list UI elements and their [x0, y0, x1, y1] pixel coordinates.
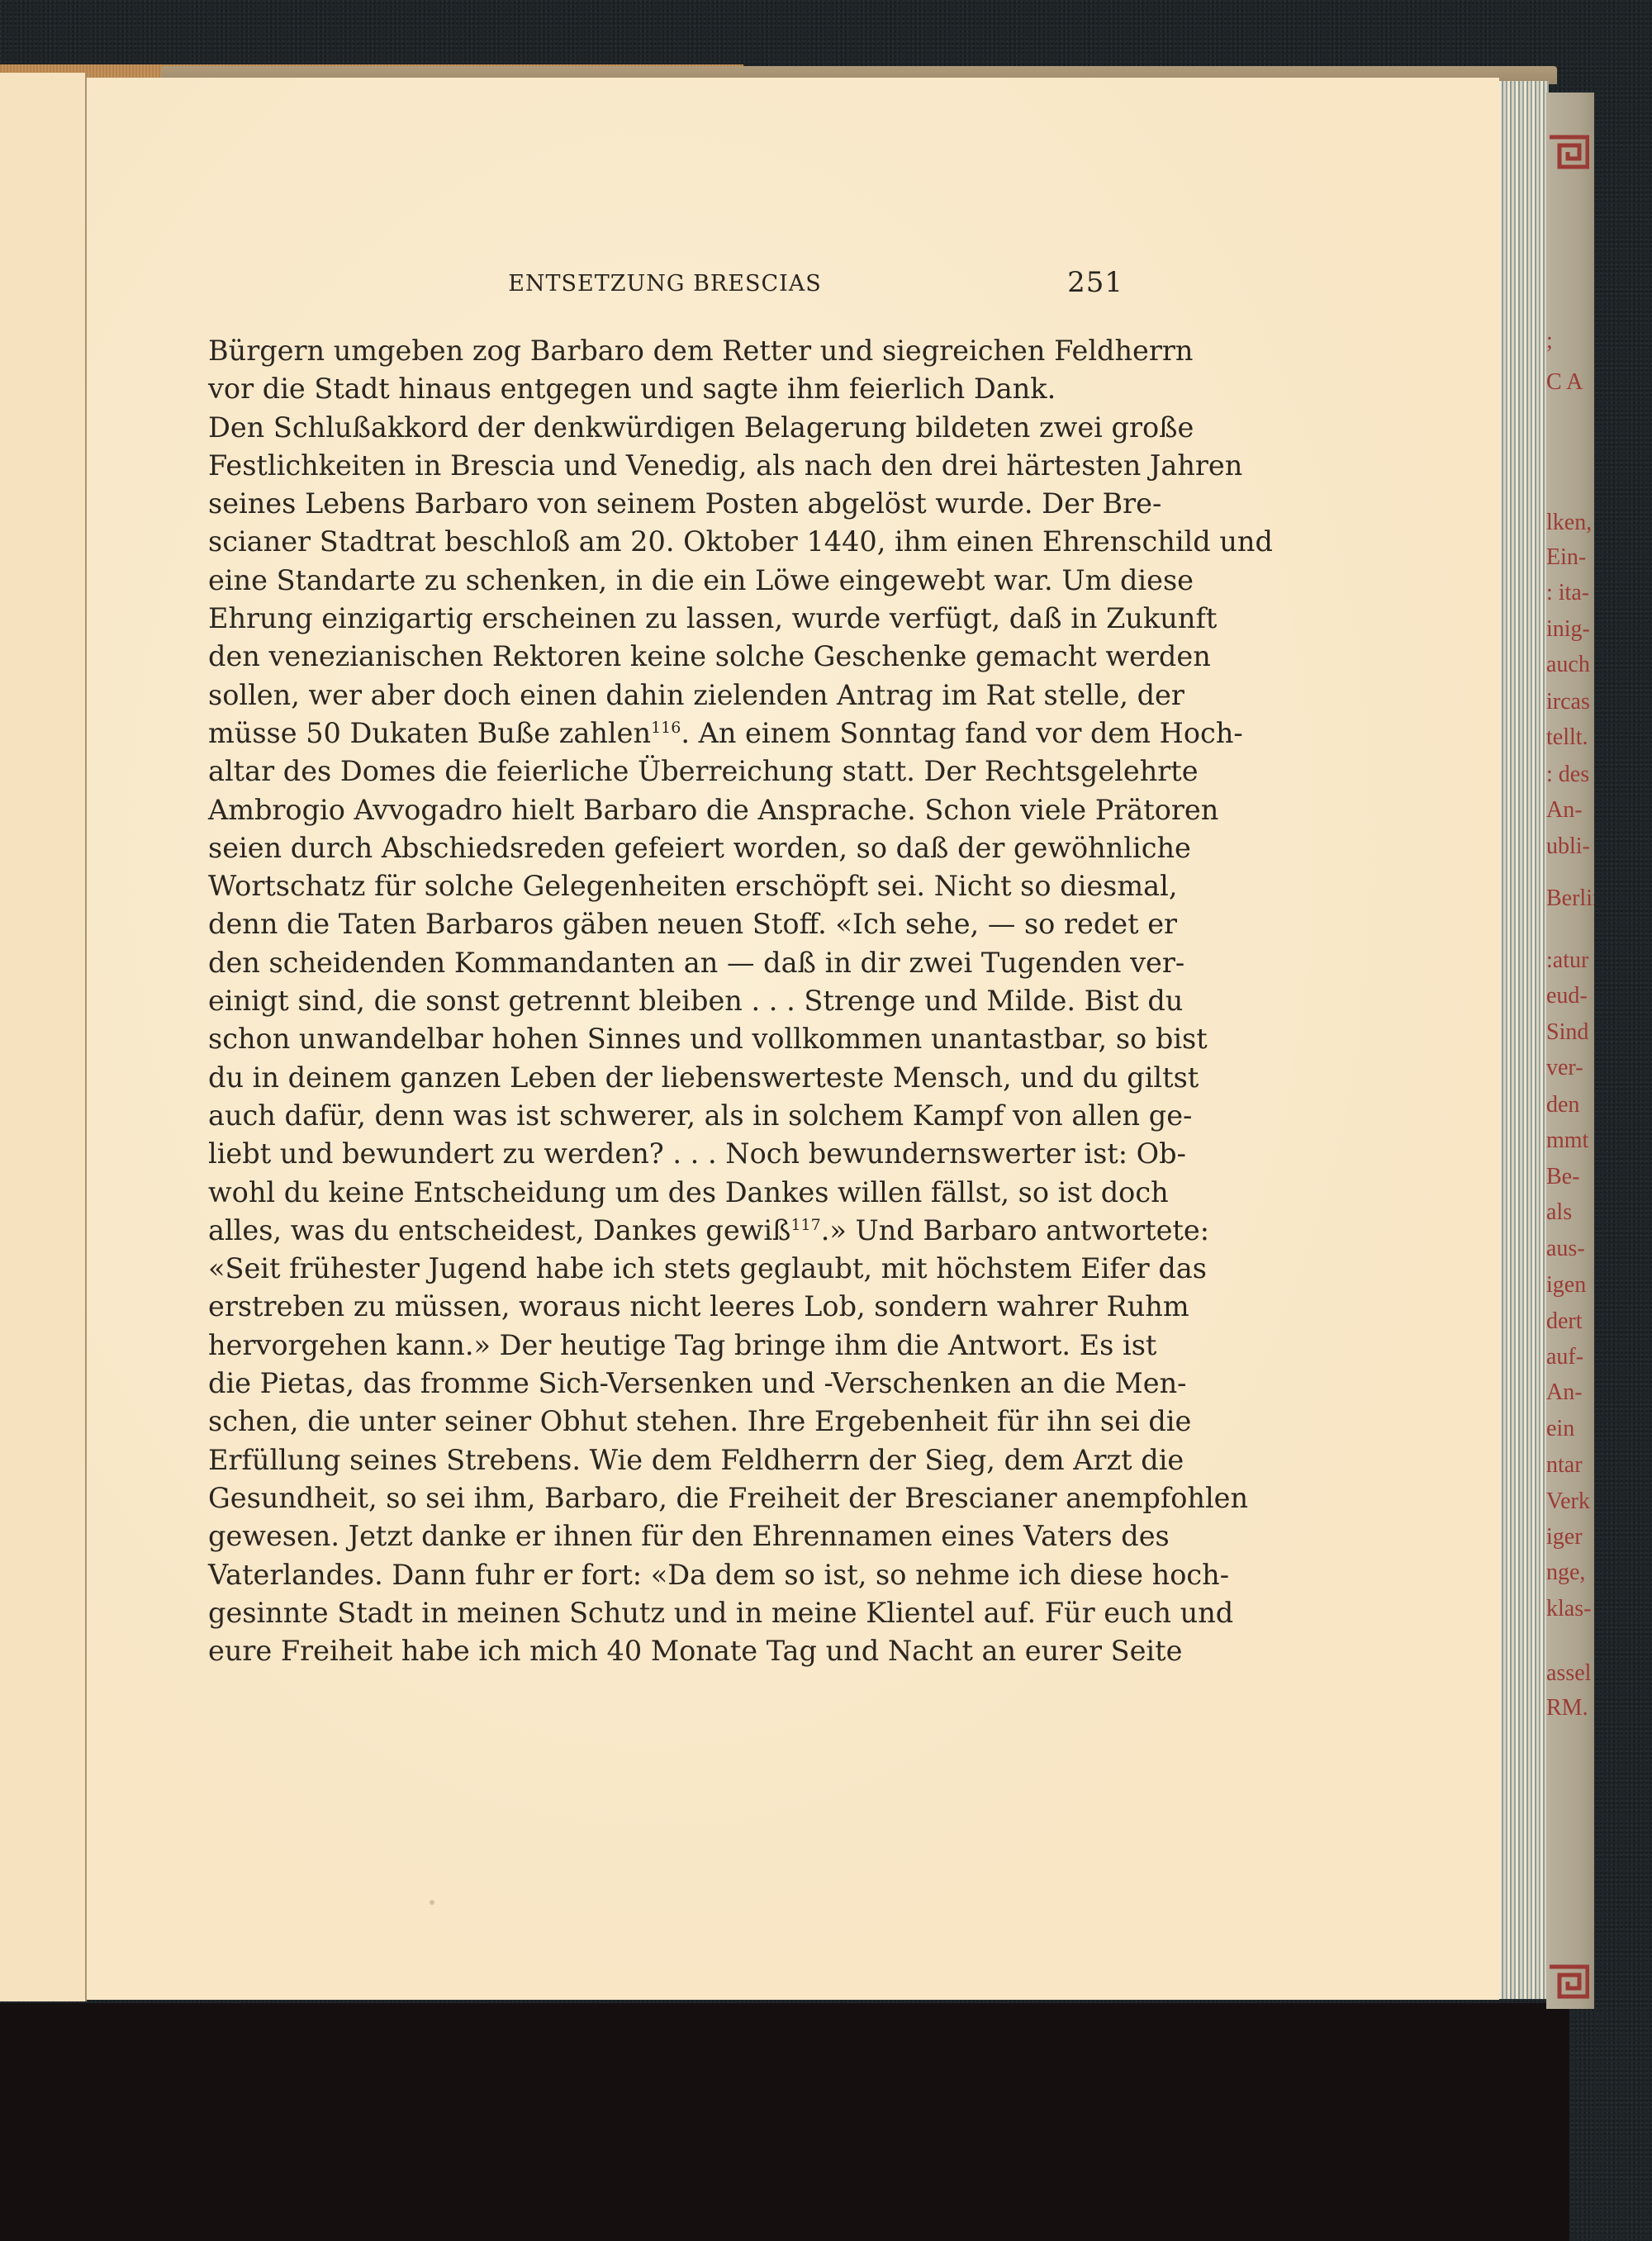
text-line: gesinnte Stadt in meinen Schutz und in m… [208, 1594, 1121, 1632]
jacket-text-fragment: iger [1546, 1524, 1583, 1550]
jacket-text-fragment: : des [1546, 762, 1589, 788]
text-line: liebt und bewundert zu werden? . . . Noc… [208, 1135, 1121, 1173]
text-line: du in deinem ganzen Leben der liebenswer… [208, 1059, 1121, 1097]
jacket-text-fragment: nge, [1546, 1560, 1585, 1586]
jacket-text-fragment: An- [1546, 1379, 1583, 1406]
jacket-text-fragment: Verk [1546, 1488, 1590, 1515]
text-line: Bürgern umgeben zog Barbaro dem Retter u… [208, 332, 1121, 370]
text-line: Wortschatz für solche Gelegenheiten ersc… [208, 867, 1121, 905]
text-line: Den Schlußakkord der denkwürdigen Belage… [208, 409, 1121, 447]
text-line: wohl du keine Entscheidung um des Dankes… [208, 1174, 1121, 1212]
footnote-ref: 116 [651, 719, 681, 737]
page-edges-stack [1499, 81, 1549, 1999]
text-line: eine Standarte zu schenken, in die ein L… [208, 562, 1121, 600]
text-line: Gesundheit, so sei ihm, Barbaro, die Fre… [208, 1479, 1121, 1517]
jacket-text-fragment: ver- [1546, 1055, 1583, 1081]
text-line: altar des Domes die feierliche Überreich… [208, 753, 1121, 791]
jacket-text-fragment: An- [1546, 797, 1583, 824]
dust-jacket-strip: ;C Alken,Ein-: ita-inig-auchircastellt.:… [1546, 93, 1594, 2009]
jacket-text-fragment: tellt. [1546, 724, 1588, 751]
text-line: seien durch Abschiedsreden gefeiert word… [208, 829, 1121, 867]
jacket-text-fragment: klas- [1546, 1596, 1591, 1622]
text-line: «Seit frühester Jugend habe ich stets ge… [208, 1250, 1121, 1288]
text-line: scianer Stadtrat beschloß am 20. Oktober… [208, 523, 1121, 561]
jacket-text-fragment: Sind [1546, 1019, 1588, 1046]
text-line: sollen, wer aber doch einen dahin zielen… [208, 677, 1121, 715]
text-line: Festlichkeiten in Brescia und Venedig, a… [208, 447, 1121, 485]
text-line: hervorgehen kann.» Der heutige Tag bring… [208, 1327, 1121, 1365]
text-line: einigt sind, die sonst getrennt bleiben … [208, 982, 1121, 1020]
text-line: schen, die unter seiner Obhut stehen. Ih… [208, 1403, 1121, 1441]
text-line: den venezianischen Rektoren keine solche… [208, 638, 1121, 676]
text-line: eure Freiheit habe ich mich 40 Monate Ta… [208, 1632, 1121, 1670]
jacket-text-fragment: ; [1546, 328, 1553, 354]
body-text: Bürgern umgeben zog Barbaro dem Retter u… [208, 332, 1121, 1670]
greek-key-ornament-bottom-icon [1548, 1963, 1589, 2000]
jacket-text-fragment: :atur [1546, 947, 1588, 974]
text-line: Ambrogio Avvogadro hielt Barbaro die Ans… [208, 791, 1121, 829]
text-line: Erfüllung seines Strebens. Wie dem Feldh… [208, 1441, 1121, 1479]
jacket-text-fragment: den [1546, 1092, 1579, 1118]
jacket-text-fragment: : ita- [1546, 580, 1589, 606]
bottom-shadow [0, 2003, 1569, 2241]
paper-spot [430, 1900, 434, 1905]
jacket-text-fragment: ubli- [1546, 833, 1590, 860]
jacket-text-fragment: auch [1546, 652, 1590, 678]
text-line: schon unwandelbar hohen Sinnes und vollk… [208, 1020, 1121, 1058]
jacket-text-fragment: Berlin [1546, 885, 1594, 912]
text-line: auch dafür, denn was ist schwerer, als i… [208, 1097, 1121, 1135]
jacket-text-fragment: aus- [1546, 1236, 1585, 1262]
text-line: Ehrung einzigartig erscheinen zu lassen,… [208, 600, 1121, 638]
jacket-text-fragment: auf- [1546, 1344, 1583, 1370]
text-line: den scheidenden Kommandanten an — daß in… [208, 944, 1121, 982]
text-line: die Pietas, das fromme Sich-Versenken un… [208, 1365, 1121, 1403]
text-line: Vaterlandes. Dann fuhr er fort: «Da dem … [208, 1556, 1121, 1594]
jacket-text-fragment: inig- [1546, 616, 1590, 643]
jacket-text-fragment: C A [1546, 369, 1583, 396]
page-header: ENTSETZUNG BRESCIAS 251 [206, 264, 1123, 306]
text-line: seines Lebens Barbaro von seinem Posten … [208, 485, 1121, 523]
jacket-text-fragment: assel [1546, 1660, 1591, 1687]
jacket-text-fragment: lken, [1546, 510, 1592, 536]
text-line: gewesen. Jetzt danke er ihnen für den Eh… [208, 1517, 1121, 1555]
jacket-text-fragment: RM. [1546, 1695, 1588, 1721]
text-line: vor die Stadt hinaus entgegen und sagte … [208, 370, 1121, 408]
jacket-text-fragment: mmt [1546, 1128, 1588, 1154]
text-line: erstreben zu müssen, woraus nicht leeres… [208, 1288, 1121, 1326]
greek-key-ornament-top-icon [1548, 134, 1589, 170]
text-line: denn die Taten Barbaros gäben neuen Stof… [208, 905, 1121, 943]
page-number: 251 [1067, 266, 1123, 299]
text-line: alles, was du entscheidest, Dankes gewiß… [208, 1212, 1121, 1250]
running-title: ENTSETZUNG BRESCIAS [206, 271, 1123, 297]
jacket-text-fragment: eud- [1546, 983, 1588, 1009]
jacket-text-fragment: Be- [1546, 1164, 1579, 1190]
jacket-text-fragment: ircas [1546, 689, 1590, 715]
jacket-text-fragment: ntar [1546, 1452, 1583, 1479]
footnote-ref: 117 [790, 1216, 820, 1234]
jacket-text-fragment: Ein- [1546, 544, 1586, 571]
text-line: müsse 50 Dukaten Buße zahlen116. An eine… [208, 715, 1121, 753]
jacket-text-fragment: ein [1546, 1416, 1574, 1442]
left-page-edge [0, 73, 87, 2001]
jacket-text-fragment: als [1546, 1199, 1572, 1226]
jacket-text-fragment: dert [1546, 1308, 1583, 1335]
jacket-text-fragment: igen [1546, 1272, 1586, 1299]
